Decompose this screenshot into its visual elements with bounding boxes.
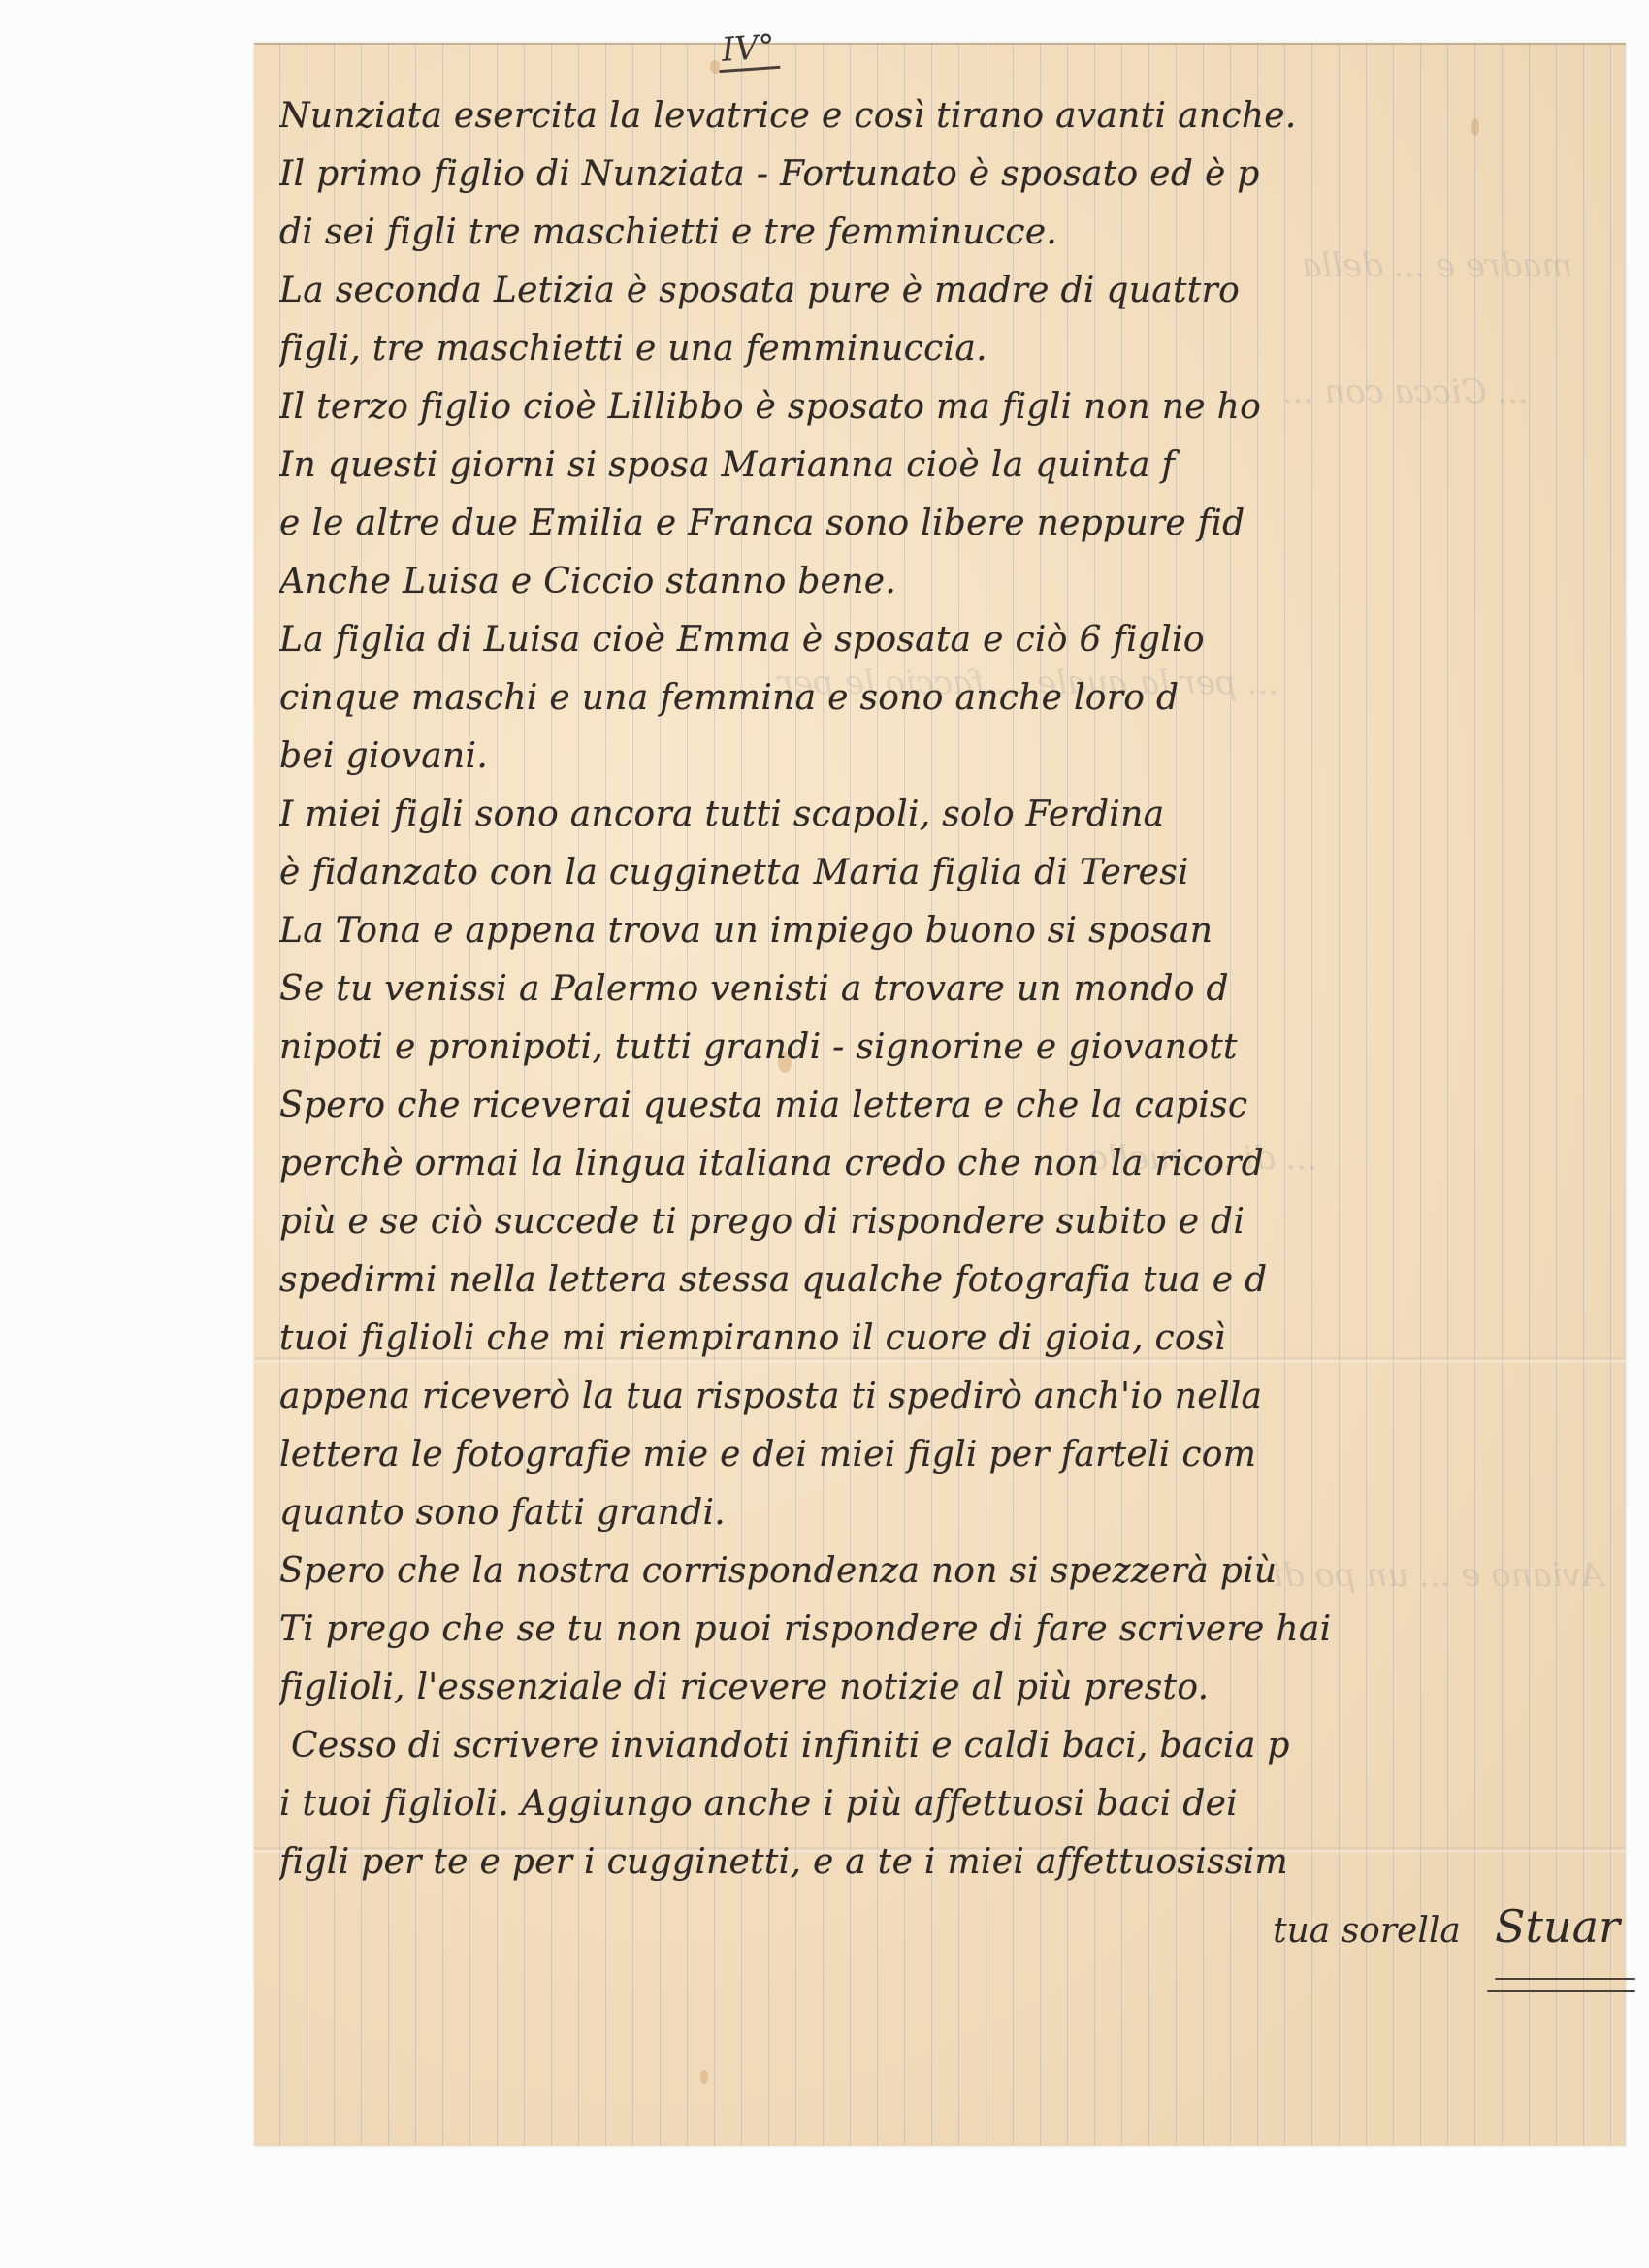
letter-line: La figlia di Luisa cioè Emma è sposata e… xyxy=(279,611,1637,669)
letter-line: figlioli, l'essenziale di ricevere notiz… xyxy=(279,1659,1637,1717)
signature-underline xyxy=(1487,1990,1635,1992)
paper-stain xyxy=(700,2070,708,2084)
letter-line: Se tu venissi a Palermo venisti a trovar… xyxy=(279,960,1637,1019)
letter-line: appena riceverò la tua risposta ti spedi… xyxy=(279,1368,1637,1426)
letter-line: quanto sono fatti grandi. xyxy=(279,1484,1637,1542)
letter-line: Spero che riceverai questa mia lettera e… xyxy=(279,1077,1637,1135)
letter-line: Il terzo figlio cioè Lillibbo è sposato … xyxy=(279,378,1637,437)
letter-line: Spero che la nostra corrispondenza non s… xyxy=(279,1542,1637,1601)
signature-text: Stuar xyxy=(1495,1900,1620,1953)
closing-salutation: tua sorella xyxy=(1273,1911,1461,1951)
letter-body: Nunziata esercita la levatrice e così ti… xyxy=(279,87,1637,1892)
signature-block: tua sorella Stuar xyxy=(1273,1900,1626,1953)
letter-line: Anche Luisa e Ciccio stanno bene. xyxy=(279,553,1637,611)
page-number: IV° xyxy=(717,27,781,73)
letter-line: figli, tre maschietti e una femminuccia. xyxy=(279,320,1637,378)
letter-line: In questi giorni si sposa Marianna cioè … xyxy=(279,437,1637,495)
letter-line: di sei figli tre maschietti e tre femmin… xyxy=(279,204,1637,262)
letter-line: I miei figli sono ancora tutti scapoli, … xyxy=(279,786,1637,844)
letter-line: perchè ormai la lingua italiana credo ch… xyxy=(279,1135,1637,1193)
letter-line: è fidanzato con la cugginetta Maria figl… xyxy=(279,844,1637,902)
letter-line: spedirmi nella lettera stessa qualche fo… xyxy=(279,1251,1637,1310)
letter-line: nipoti e pronipoti, tutti grandi - signo… xyxy=(279,1019,1637,1077)
letter-page: madre e ... della ... Cicca con ... ... … xyxy=(254,43,1626,2146)
letter-line: Nunziata esercita la levatrice e così ti… xyxy=(279,87,1637,146)
signature-underline xyxy=(1495,1978,1635,1980)
letter-line: La seconda Letizia è sposata pure è madr… xyxy=(279,262,1637,320)
letter-line: Il primo figlio di Nunziata - Fortunato … xyxy=(279,146,1637,204)
letter-line: lettera le fotografie mie e dei miei fig… xyxy=(279,1426,1637,1484)
letter-line: figli per te e per i cugginetti, e a te … xyxy=(279,1833,1637,1892)
letter-line: i tuoi figlioli. Aggiungo anche i più af… xyxy=(279,1775,1637,1833)
letter-line: tuoi figlioli che mi riempiranno il cuor… xyxy=(279,1310,1637,1368)
letter-line: La Tona e appena trova un impiego buono … xyxy=(279,902,1637,960)
signature: Stuar xyxy=(1495,1900,1626,1953)
letter-line: Cesso di scrivere inviandoti infiniti e … xyxy=(279,1717,1637,1775)
letter-line: Ti prego che se tu non puoi rispondere d… xyxy=(279,1601,1637,1659)
letter-line: e le altre due Emilia e Franca sono libe… xyxy=(279,495,1637,553)
letter-line: più e se ciò succede ti prego di rispond… xyxy=(279,1193,1637,1251)
letter-line: bei giovani. xyxy=(279,728,1637,786)
letter-line: cinque maschi e una femmina e sono anche… xyxy=(279,669,1637,728)
